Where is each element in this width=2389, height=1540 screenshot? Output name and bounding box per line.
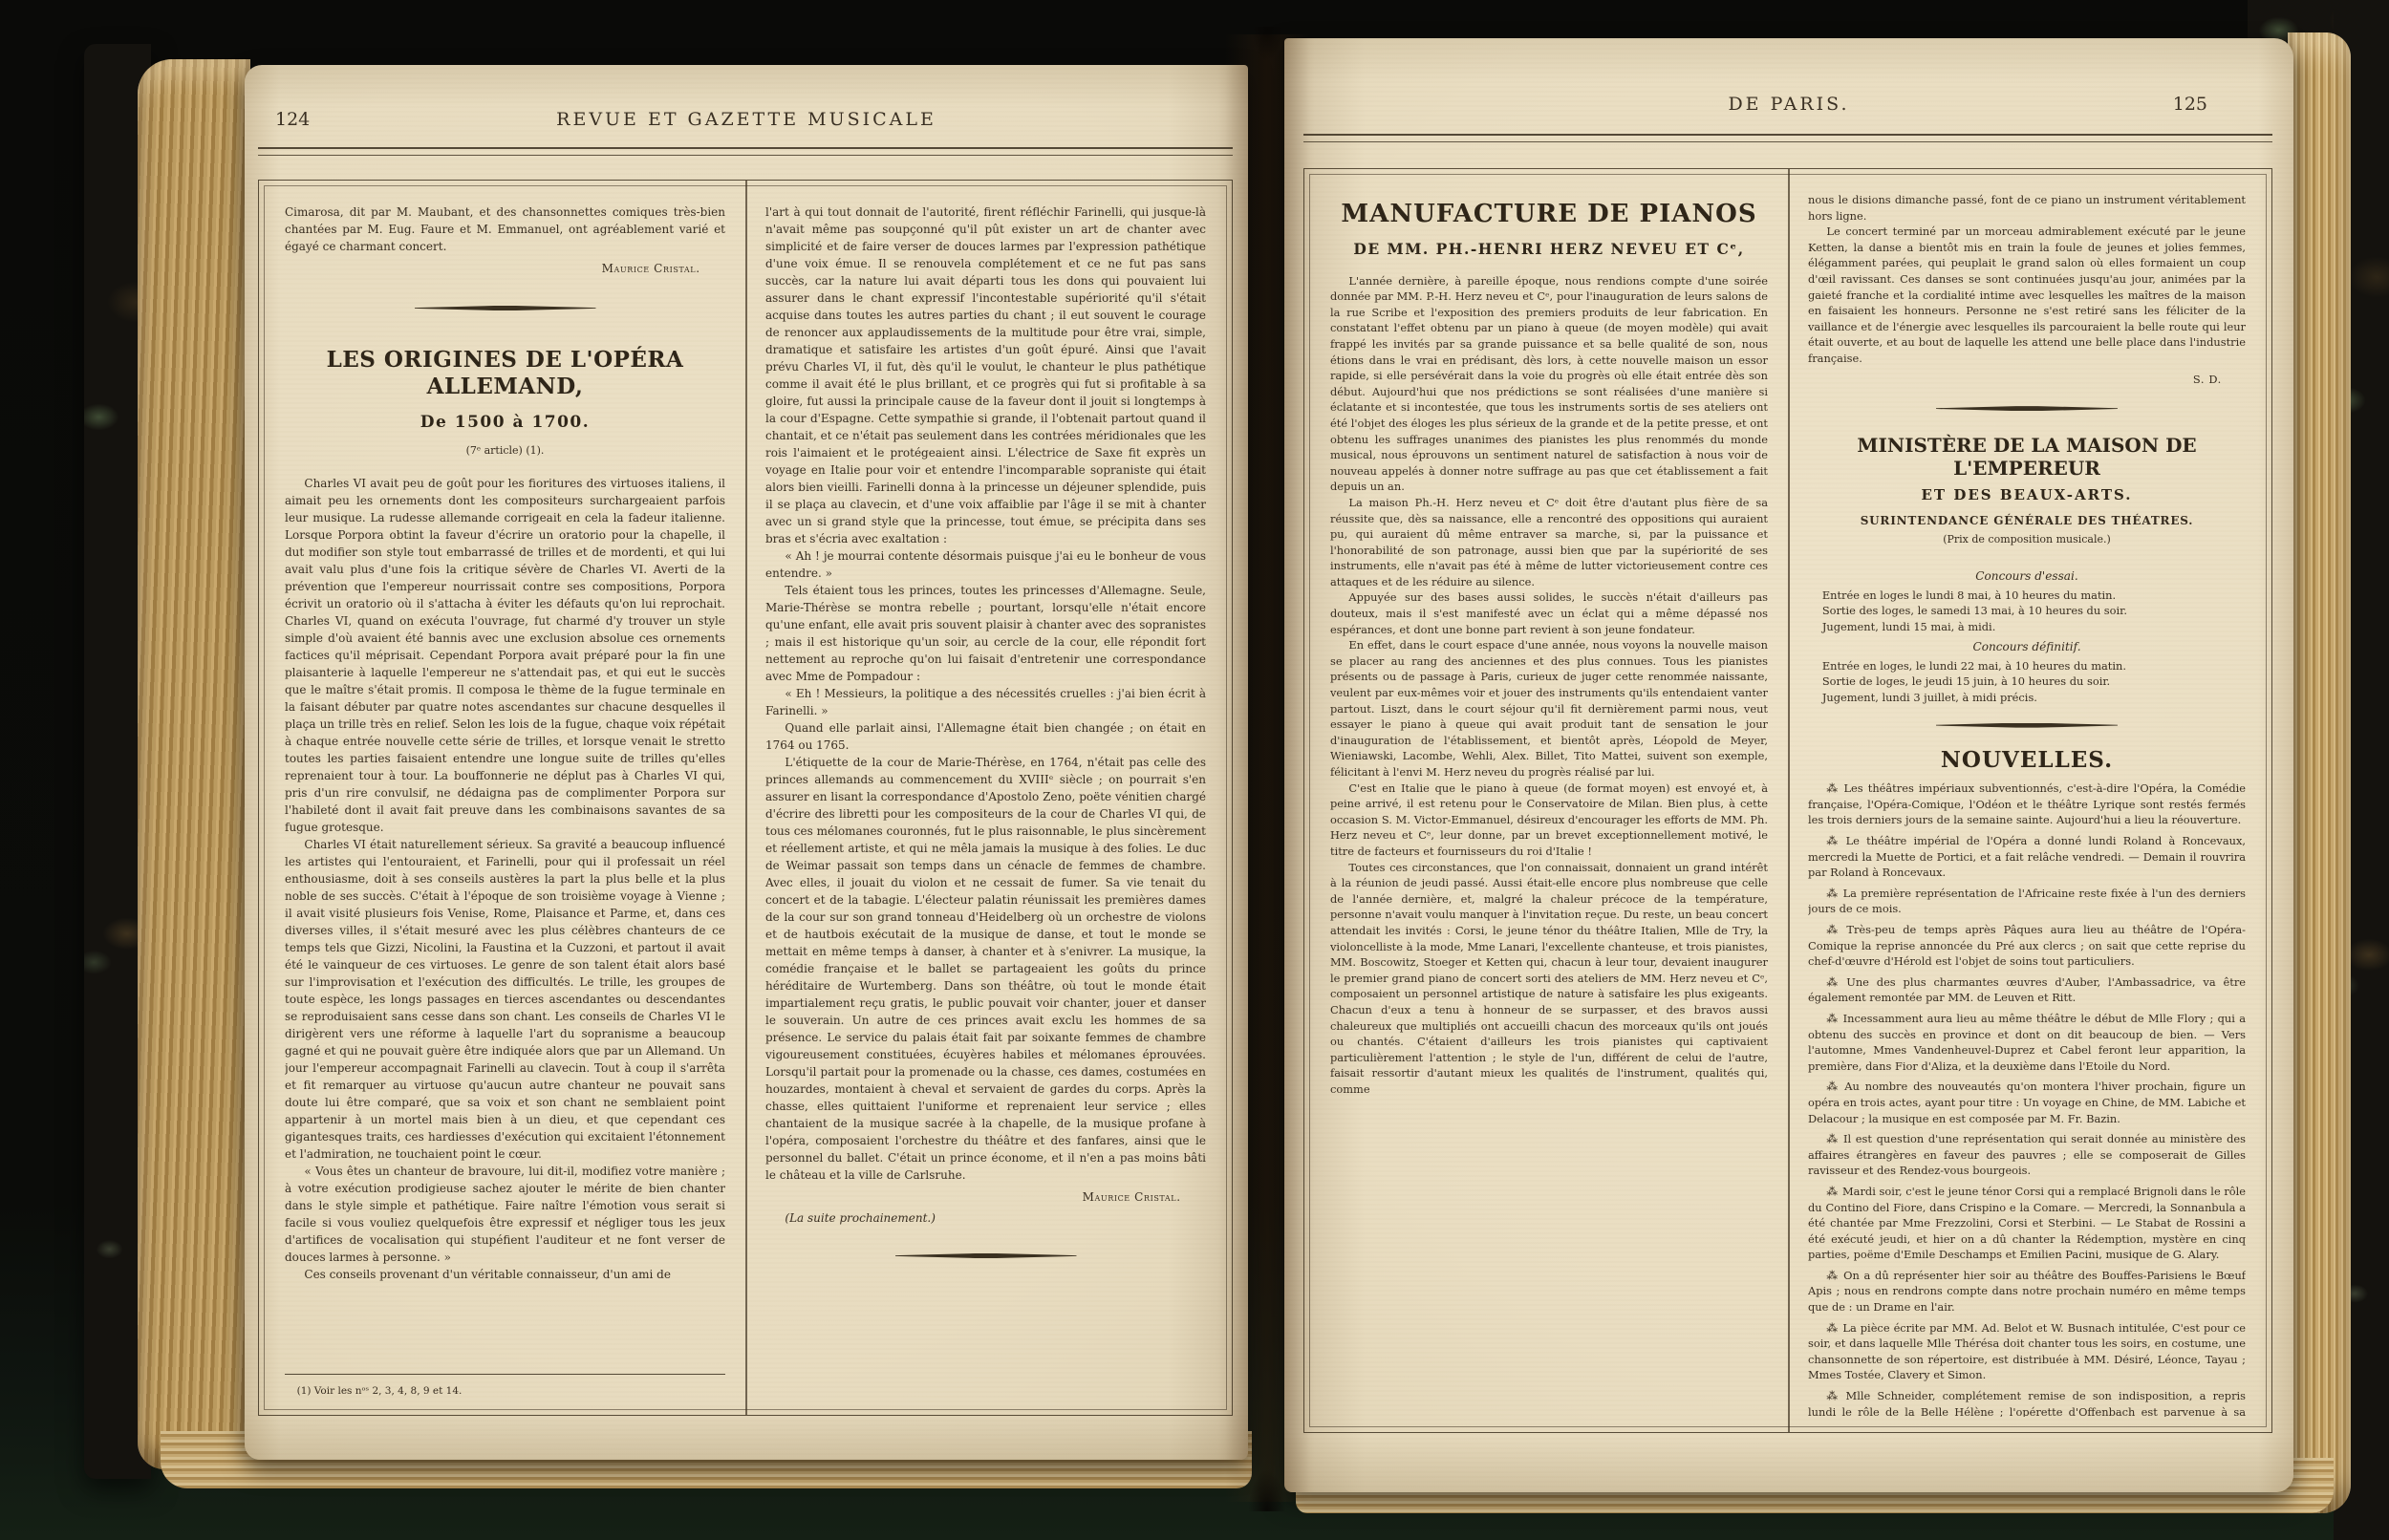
paragraph-continuation: Cimarosa, dit par M. Maubant, et des cha… [285, 203, 725, 255]
asterism-mark: ⁂ [1826, 1012, 1838, 1025]
news-item: ⁂Une des plus charmantes œuvres d'Auber,… [1808, 974, 2246, 1006]
open-book-photo: 124 REVUE ET GAZETTE MUSICALE Cimarosa, … [0, 0, 2389, 1540]
paragraph: Charles VI avait peu de goût pour les fi… [285, 475, 725, 836]
superintendence-line: SURINTENDANCE GÉNÉRALE DES THÉATRES. [1808, 513, 2246, 529]
running-head: 124 REVUE ET GAZETTE MUSICALE [260, 109, 1233, 136]
header-rule [1303, 134, 2272, 142]
running-title: DE PARIS. [1300, 94, 2278, 115]
paragraph: « Vous êtes un chanteur de bravoure, lui… [285, 1163, 725, 1266]
asterism-mark: ⁂ [1826, 923, 1841, 936]
text-frame: MANUFACTURE DE PIANOSDE MM. PH.-HENRI HE… [1303, 168, 2272, 1433]
paragraph: C'est en Italie que le piano à queue (de… [1330, 781, 1768, 860]
section-title: MANUFACTURE DE PIANOS [1330, 200, 1768, 228]
article-title: LES ORIGINES DE L'OPÉRA ALLEMAND, [285, 347, 725, 400]
page-edges-left [138, 59, 250, 1469]
divider-rule [415, 306, 596, 310]
header-rule [258, 147, 1233, 156]
asterism-mark: ⁂ [1826, 887, 1838, 900]
ministry-subtitle: ET DES BEAUX-ARTS. [1808, 487, 2246, 503]
paragraph: Ces conseils provenant d'un véritable co… [285, 1266, 725, 1283]
paragraph: La maison Ph.-H. Herz neveu et Cᵉ doit ê… [1330, 495, 1768, 590]
note-line: (7ᵉ article) (1). [285, 442, 725, 460]
schedule-line: Jugement, lundi 3 juillet, à midi précis… [1808, 690, 2246, 706]
running-head: DE PARIS. 125 [1300, 94, 2278, 120]
asterism-mark: ⁂ [1826, 1132, 1839, 1145]
text-frame: Cimarosa, dit par M. Maubant, et des cha… [258, 180, 1233, 1416]
signature: S. D. [1808, 372, 2246, 388]
paragraph: Tels étaient tous les princes, toutes le… [765, 582, 1206, 685]
column-2: l'art à qui tout donnait de l'autorité, … [765, 203, 1206, 1400]
news-item: ⁂La pièce écrite par MM. Ad. Belot et W.… [1808, 1320, 2246, 1383]
column-2: nous le disions dimanche passé, font de … [1808, 192, 2246, 1417]
asterism-mark: ⁂ [1826, 1185, 1838, 1198]
running-title: REVUE ET GAZETTE MUSICALE [260, 109, 1233, 130]
page-125: DE PARIS. 125 MANUFACTURE DE PIANOSDE MM… [1284, 38, 2293, 1492]
page-124: 124 REVUE ET GAZETTE MUSICALE Cimarosa, … [245, 65, 1248, 1460]
paragraph: Appuyée sur des bases aussi solides, le … [1330, 589, 1768, 637]
asterism-mark: ⁂ [1826, 1269, 1839, 1282]
asterism-mark: ⁂ [1826, 781, 1839, 795]
paragraph: « Eh ! Messieurs, la politique a des néc… [765, 685, 1206, 719]
news-item: ⁂On a dû représenter hier soir au théâtr… [1808, 1268, 2246, 1315]
asterism-mark: ⁂ [1826, 1389, 1840, 1402]
news-item: ⁂Mardi soir, c'est le jeune ténor Corsi … [1808, 1184, 2246, 1263]
divider-rule [1936, 723, 2118, 728]
section-subtitle: DE MM. PH.-HENRI HERZ NEVEU ET Cᵉ, [1330, 242, 1768, 258]
contest-heading: Concours définitif. [1808, 639, 2246, 655]
paragraph-continuation: l'art à qui tout donnait de l'autorité, … [765, 203, 1206, 547]
paragraph: Charles VI était naturellement sérieux. … [285, 836, 725, 1163]
paragraph: L'étiquette de la cour de Marie-Thérèse,… [765, 754, 1206, 1184]
schedule-line: Sortie des loges, le samedi 13 mai, à 10… [1808, 603, 2246, 619]
continuation-note: (La suite prochainement.) [765, 1209, 1206, 1227]
paragraph-continuation: nous le disions dimanche passé, font de … [1808, 192, 2246, 224]
paragraph: En effet, dans le court espace d'une ann… [1330, 637, 1768, 780]
column-1: MANUFACTURE DE PIANOSDE MM. PH.-HENRI HE… [1330, 192, 1768, 1417]
news-item: ⁂Incessamment aura lieu au même théâtre … [1808, 1011, 2246, 1074]
page-number: 125 [2173, 94, 2207, 115]
asterism-mark: ⁂ [1826, 1321, 1838, 1335]
paragraph: L'année dernière, à pareille époque, nou… [1330, 273, 1768, 495]
contest-heading: Concours d'essai. [1808, 568, 2246, 585]
footnote: (1) Voir les nᵒˢ 2, 3, 4, 8, 9 et 14. [285, 1382, 725, 1400]
column-1: Cimarosa, dit par M. Maubant, et des cha… [285, 203, 725, 1400]
news-item: ⁂Le théâtre impérial de l'Opéra a donné … [1808, 833, 2246, 881]
schedule-line: Entrée en loges, le lundi 22 mai, à 10 h… [1808, 658, 2246, 674]
paragraph: Quand elle parlait ainsi, l'Allemagne ét… [765, 719, 1206, 754]
columns: Cimarosa, dit par M. Maubant, et des cha… [259, 181, 1232, 1415]
asterism-mark: ⁂ [1826, 1080, 1840, 1093]
signature: Maurice Cristal. [285, 260, 725, 277]
news-item: ⁂Les théâtres impériaux subventionnés, c… [1808, 781, 2246, 828]
schedule-line: Jugement, lundi 15 mai, à midi. [1808, 619, 2246, 635]
schedule-line: Sortie de loges, le jeudi 15 juin, à 10 … [1808, 674, 2246, 690]
news-item: ⁂Mlle Schneider, complétement remise de … [1808, 1388, 2246, 1417]
news-item: ⁂La première représentation de l'Africai… [1808, 886, 2246, 917]
footnote-rule [285, 1374, 725, 1382]
columns: MANUFACTURE DE PIANOSDE MM. PH.-HENRI HE… [1304, 169, 2271, 1432]
note-line: (Prix de composition musicale.) [1808, 532, 2246, 548]
schedule-line: Entrée en loges le lundi 8 mai, à 10 heu… [1808, 588, 2246, 604]
paragraph: Toutes ces circonstances, que l'on conna… [1330, 860, 1768, 1098]
news-heading: NOUVELLES. [1808, 753, 2246, 769]
page-edges-right [2288, 32, 2351, 1513]
news-item: ⁂Il est question d'une représentation qu… [1808, 1131, 2246, 1179]
divider-rule [1936, 406, 2118, 411]
asterism-mark: ⁂ [1826, 834, 1840, 847]
divider-rule [895, 1253, 1077, 1258]
news-item: ⁂Très-peu de temps après Pâques aura lie… [1808, 922, 2246, 970]
paragraph: « Ah ! je mourrai contente désormais pui… [765, 547, 1206, 582]
asterism-mark: ⁂ [1826, 975, 1841, 989]
article-subtitle: De 1500 à 1700. [285, 414, 725, 431]
signature: Maurice Cristal. [765, 1188, 1206, 1206]
news-item: ⁂Au nombre des nouveautés qu'on montera … [1808, 1079, 2246, 1126]
ministry-title: MINISTÈRE DE LA MAISON DE L'EMPEREUR [1808, 434, 2246, 480]
paragraph: Le concert terminé par un morceau admira… [1808, 224, 2246, 366]
